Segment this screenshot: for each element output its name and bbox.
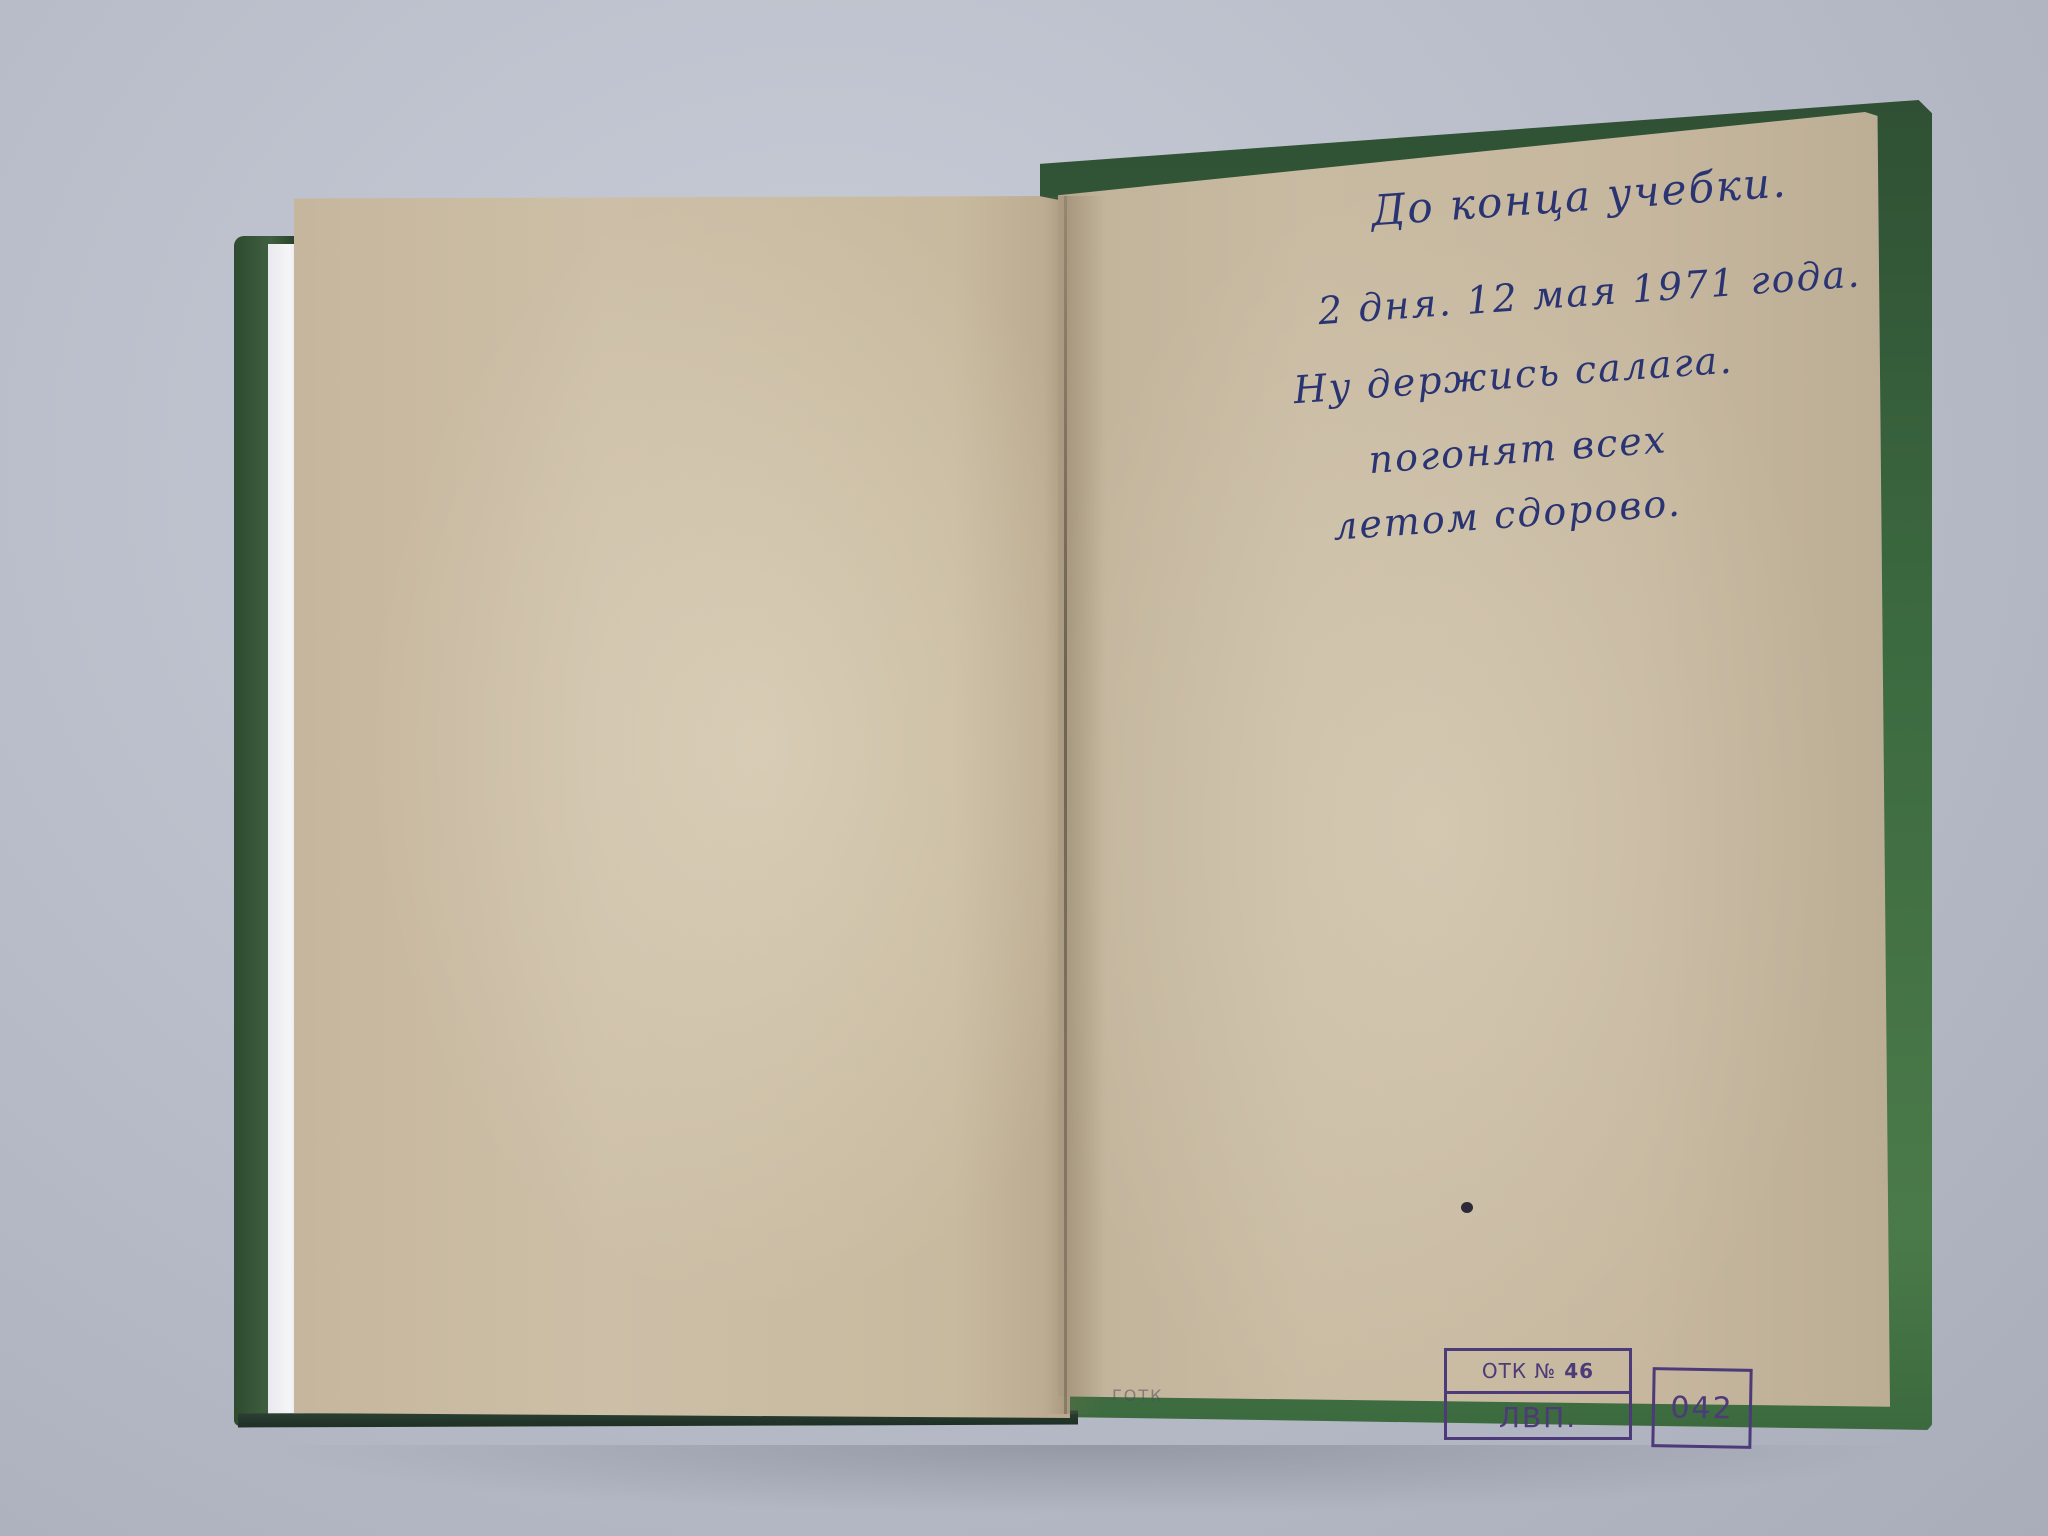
otk-number: 46 <box>1564 1359 1594 1383</box>
otk-label: ОТК № <box>1482 1359 1556 1383</box>
faint-stamp-text: ГОТК <box>1112 1386 1163 1405</box>
book-shadow <box>250 1445 1930 1515</box>
left-endpaper <box>294 196 1070 1418</box>
photo-scene: До конца учебки. 2 дня. 12 мая 1971 года… <box>0 0 2048 1536</box>
otk-inspection-stamp: ОТК № 46 ЛВП. <box>1444 1348 1632 1440</box>
otk-stamp-bottom: ЛВП. <box>1447 1394 1629 1440</box>
gutter-shadow <box>1044 196 1104 1414</box>
code-stamp: 042 <box>1651 1367 1752 1449</box>
ink-speck <box>1461 1202 1473 1213</box>
otk-stamp-top-row: ОТК № 46 <box>1447 1351 1629 1394</box>
spine-gutter-line <box>1064 196 1067 1414</box>
